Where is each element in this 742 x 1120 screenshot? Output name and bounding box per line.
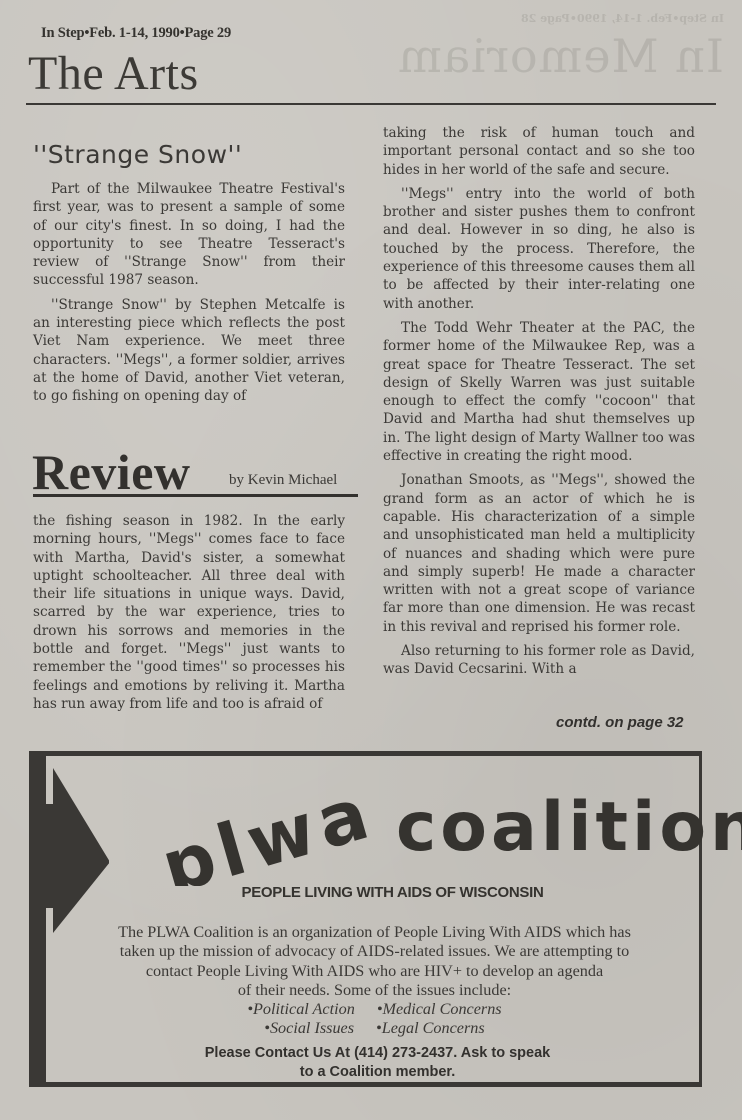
newspaper-page: In Step•Feb. 1-14, 1990•Page 28 In Memor… <box>0 0 742 1120</box>
contact-line: Please Contact Us At (414) 273-2437. Ask… <box>56 1044 699 1063</box>
contact-line: to a Coalition member. <box>56 1063 699 1082</box>
ad-contact: Please Contact Us At (414) 273-2437. Ask… <box>46 1044 699 1082</box>
issues-row: •Social Issues•Legal Concerns <box>60 1019 689 1038</box>
issue-item: •Political Action <box>247 1000 354 1019</box>
ad-body-line: contact People Living With AIDS who are … <box>60 962 689 981</box>
ad-body-line: of their needs. Some of the issues inclu… <box>60 981 689 1000</box>
plwa-logo: plwa <box>146 766 376 886</box>
article-paragraph: Part of the Milwaukee Theatre Festival's… <box>33 180 345 290</box>
article-paragraph: Also returning to his former role as Dav… <box>383 642 695 679</box>
bleed-through-folio: In Step•Feb. 1-14, 1990•Page 28 <box>394 12 724 25</box>
coalition-logo-text: coalition <box>396 794 742 862</box>
page-folio: In Step•Feb. 1-14, 1990•Page 29 <box>41 25 231 42</box>
article-paragraph: Jonathan Smoots, as ''Megs'', showed the… <box>383 471 695 636</box>
article-paragraph: ''Strange Snow'' by Stephen Metcalfe is … <box>33 296 345 406</box>
ad-subtitle: PEOPLE LIVING WITH AIDS OF WISCONSIN <box>46 884 699 901</box>
issue-item: •Legal Concerns <box>376 1019 485 1038</box>
issue-item: •Social Issues <box>264 1019 354 1038</box>
issues-list: •Political Action•Medical Concerns •Soci… <box>60 1000 689 1039</box>
arrow-right-icon <box>29 768 109 938</box>
continued-note: contd. on page 32 <box>556 714 684 731</box>
review-heading: Review <box>32 447 191 497</box>
bleed-through-title: In Memoriam <box>394 29 724 83</box>
byline: by Kevin Michael <box>229 472 337 489</box>
article-title: ''Strange Snow'' <box>33 140 242 169</box>
section-title: The Arts <box>28 50 199 98</box>
article-paragraph: taking the risk of human touch and impor… <box>383 124 695 179</box>
ad-body: The PLWA Coalition is an organization of… <box>60 923 689 1039</box>
article-column-left-top: Part of the Milwaukee Theatre Festival's… <box>33 180 345 406</box>
section-divider <box>26 103 716 105</box>
article-paragraph: The Todd Wehr Theater at the PAC, the fo… <box>383 319 695 465</box>
article-column-left-bottom: the fishing season in 1982. In the early… <box>33 512 345 713</box>
bleed-through-text: In Step•Feb. 1-14, 1990•Page 28 In Memor… <box>394 12 724 102</box>
issues-row: •Political Action•Medical Concerns <box>60 1000 689 1019</box>
article-paragraph: ''Megs'' entry into the world of both br… <box>383 185 695 313</box>
review-divider <box>33 494 358 497</box>
article-paragraph: the fishing season in 1982. In the early… <box>33 512 345 713</box>
svg-text:plwa: plwa <box>153 770 376 886</box>
article-column-right: taking the risk of human touch and impor… <box>383 124 695 679</box>
ad-body-line: The PLWA Coalition is an organization of… <box>60 923 689 942</box>
ad-body-line: taken up the mission of advocacy of AIDS… <box>60 942 689 961</box>
plwa-coalition-ad: plwa coalition PEOPLE LIVING WITH AIDS O… <box>29 751 702 1087</box>
issue-item: •Medical Concerns <box>377 1000 502 1019</box>
